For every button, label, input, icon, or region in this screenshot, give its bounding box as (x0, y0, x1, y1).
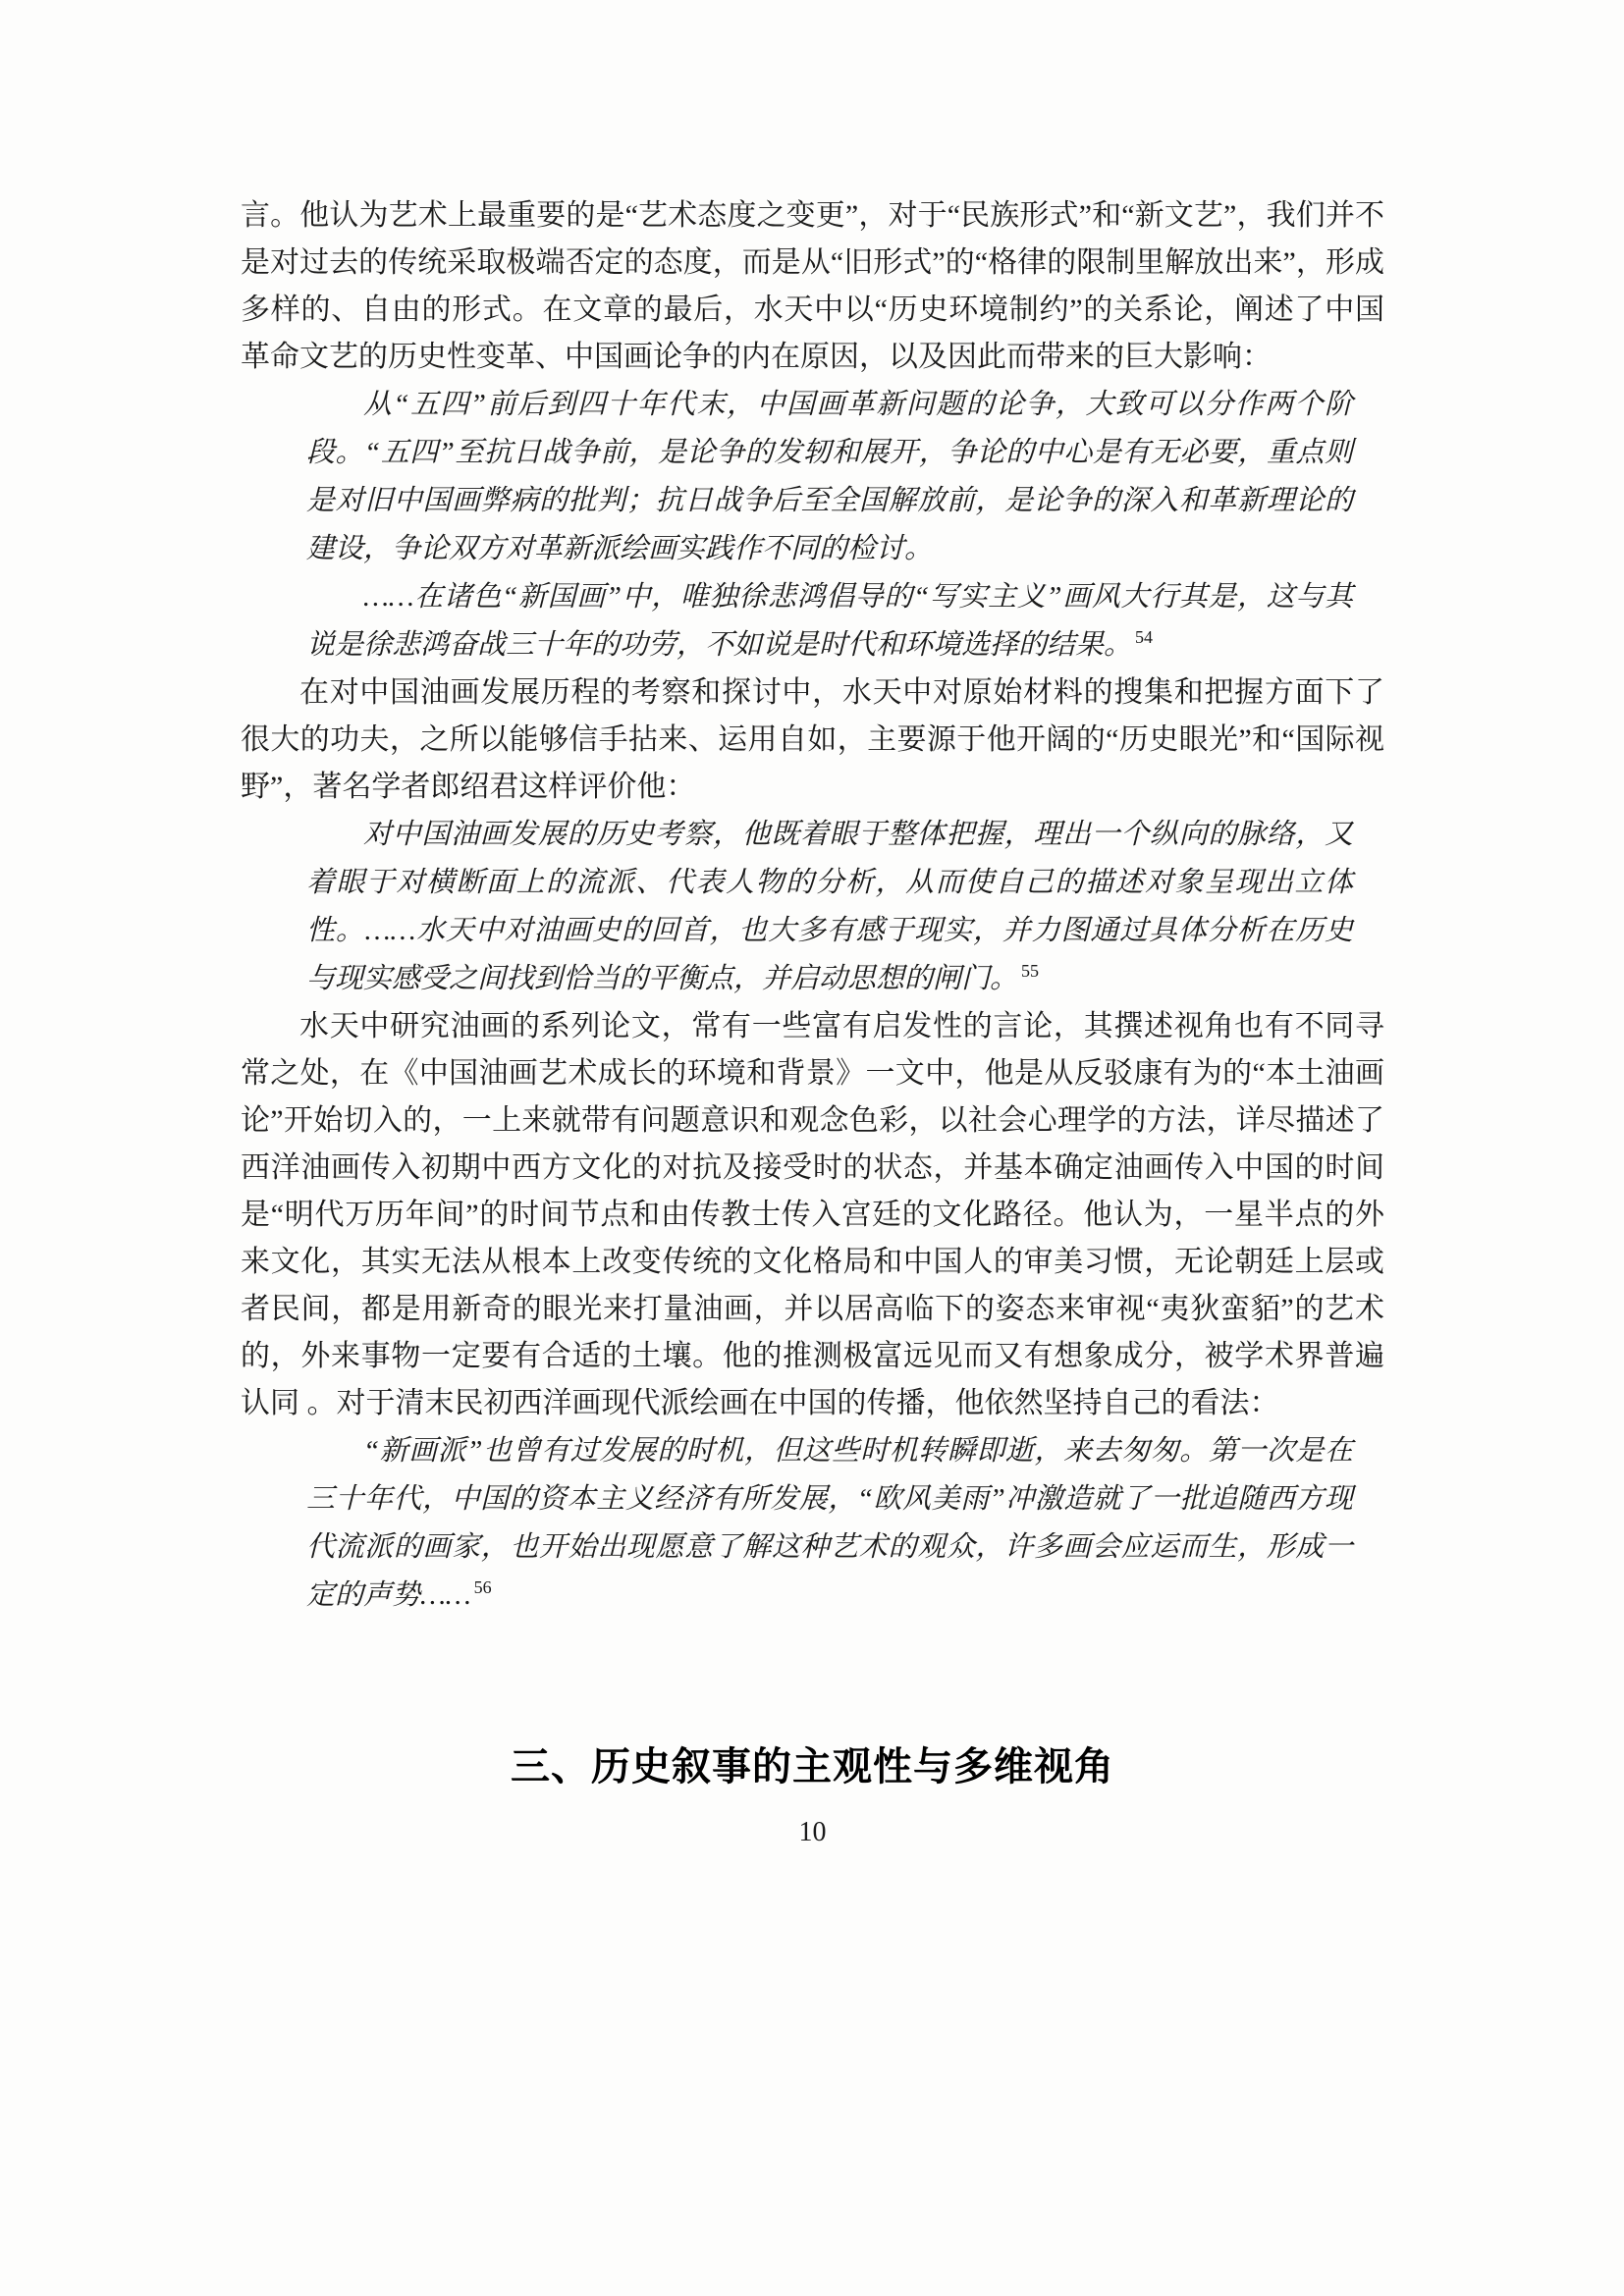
footnote-ref-55: 55 (1021, 961, 1039, 981)
body-paragraph-1: 言。他认为艺术上最重要的是“艺术态度之变更”，对于“民族形式”和“新文艺”，我们… (241, 192, 1384, 381)
body-paragraph-3: 水天中研究油画的系列论文，常有一些富有启发性的言论，其撰述视角也有不同寻常之处，… (241, 1003, 1384, 1427)
block-quote-3: 对中国油画发展的历史考察，他既着眼于整体把握，理出一个纵向的脉络，又着眼于对横断… (241, 811, 1384, 1003)
block-quote-2: ……在诸色“新国画”中，唯独徐悲鸿倡导的“写实主义”画风大行其是，这与其说是徐悲… (241, 573, 1384, 669)
paragraph-text: 在对中国油画发展历程的考察和探讨中，水天中对原始材料的搜集和把握方面下了很大的功… (241, 676, 1384, 803)
footnote-ref-54: 54 (1135, 627, 1153, 647)
section-heading: 三、历史叙事的主观性与多维视角 (241, 1735, 1384, 1791)
quote-text: 从“五四”前后到四十年代末，中国画革新问题的论争，大致可以分作两个阶段。“五四”… (306, 389, 1353, 564)
quote-text: 对中国油画发展的历史考察，他既着眼于整体把握，理出一个纵向的脉络，又着眼于对横断… (306, 819, 1353, 994)
block-quote-1: 从“五四”前后到四十年代末，中国画革新问题的论争，大致可以分作两个阶段。“五四”… (241, 381, 1384, 573)
paragraph-text: 言。他认为艺术上最重要的是“艺术态度之变更”，对于“民族形式”和“新文艺”，我们… (241, 199, 1384, 373)
quote-text: ……在诸色“新国画”中，唯独徐悲鸿倡导的“写实主义”画风大行其是，这与其说是徐悲… (306, 581, 1353, 661)
quote-text: “新画派”也曾有过发展的时机，但这些时机转瞬即逝，来去匆匆。第一次是在三十年代，… (306, 1435, 1353, 1611)
paragraph-text: 水天中研究油画的系列论文，常有一些富有启发性的言论，其撰述视角也有不同寻常之处，… (241, 1010, 1384, 1419)
block-quote-4: “新画派”也曾有过发展的时机，但这些时机转瞬即逝，来去匆匆。第一次是在三十年代，… (241, 1427, 1384, 1620)
footnote-ref-56: 56 (474, 1577, 492, 1597)
body-paragraph-2: 在对中国油画发展历程的考察和探讨中，水天中对原始材料的搜集和把握方面下了很大的功… (241, 669, 1384, 811)
page-number: 10 (241, 1817, 1384, 1848)
document-page: 言。他认为艺术上最重要的是“艺术态度之变更”，对于“民族形式”和“新文艺”，我们… (0, 0, 1624, 2296)
